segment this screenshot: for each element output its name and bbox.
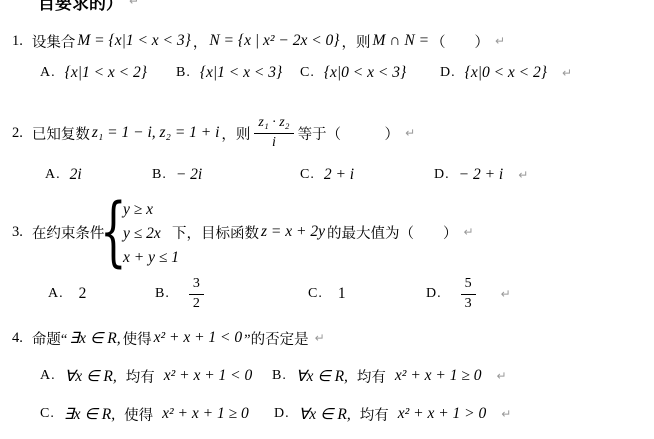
question-4-text2: 使得 — [123, 328, 152, 349]
option-2a: A. 2i — [45, 162, 84, 188]
option-label: A. — [45, 167, 61, 183]
option-4d: D. ∀x ∈ R, 均有 x² + x + 1 > 0 ↵ — [274, 400, 511, 428]
option-1a: A. {x|1 < x < 2} — [40, 60, 149, 86]
math-set-m: M = {x|1 < x < 3} — [77, 32, 190, 50]
option-label: B. — [272, 368, 287, 384]
option-value: 2 — [79, 285, 87, 303]
question-2-number: 2. — [12, 125, 23, 142]
option-value: {x|1 < x < 2} — [65, 64, 147, 82]
option-label: B. — [155, 286, 170, 302]
question-1-text: 设集合 — [32, 31, 76, 52]
math-objective-function: z = x + 2y — [261, 223, 325, 241]
question-4-text: 命题“ — [32, 328, 67, 349]
question-3-number: 3. — [12, 224, 23, 241]
constraint-expression: x + y ≤ 1 — [123, 249, 179, 267]
option-2d: D. − 2 + i ↵ — [434, 162, 528, 188]
option-quantifier: ∀x ∈ R, — [296, 367, 348, 386]
option-quantifier: ∀x ∈ R, — [299, 405, 351, 424]
option-3c: C. 1 — [308, 274, 346, 314]
option-label: C. — [40, 406, 55, 422]
option-1b: B. {x|1 < x < 3} — [176, 60, 284, 86]
option-label: C. — [300, 167, 315, 183]
question-2-text3: 等于（ ） — [298, 123, 400, 144]
option-3b: B. 3 2 — [155, 274, 208, 314]
question-1-text2: ，则 — [342, 31, 371, 52]
heading-text-fragment: 目要求的） — [38, 0, 123, 14]
question-4-stem: 4. 命题“ ∃x ∈ R, 使得 x² + x + 1 < 0 ”的否定是 ↵ — [12, 326, 654, 350]
option-inequality: x² + x + 1 < 0 — [164, 367, 253, 385]
option-4b: B. ∀x ∈ R, 均有 x² + x + 1 ≥ 0 ↵ — [272, 362, 507, 390]
option-label: A. — [48, 286, 64, 302]
option-label: D. — [426, 286, 442, 302]
question-3-text2: 下，目标函数 — [172, 222, 259, 243]
option-inequality: x² + x + 1 > 0 — [398, 405, 487, 423]
math-complex-defs: z₁ = 1 − i, z₂ = 1 + i — [92, 124, 220, 142]
paragraph-mark-icon: ↵ — [463, 225, 473, 239]
fraction-denominator: i — [272, 134, 276, 151]
option-value: 2i — [70, 166, 82, 184]
answer-blank: （ ） — [431, 31, 489, 52]
option-quantifier: ∃x ∈ R, — [64, 405, 115, 424]
option-inequality: x² + x + 1 ≥ 0 — [162, 405, 249, 423]
question-2-text2: ，则 — [221, 123, 250, 144]
math-exists-statement: ∃x ∈ R, — [69, 329, 120, 348]
question-3-text: 在约束条件 — [32, 222, 105, 243]
option-value: 1 — [338, 285, 346, 303]
question-2-options: A. 2i B. − 2i C. 2 + i D. − 2 + i ↵ — [0, 162, 654, 188]
option-value: {x|0 < x < 3} — [324, 64, 406, 82]
fraction-denominator: 2 — [193, 295, 200, 312]
constraint-1: y ≥ x — [121, 199, 654, 221]
question-3-text3: 的最大值为（ ） — [327, 222, 458, 243]
option-label: C. — [308, 286, 323, 302]
fraction-denominator: 3 — [465, 295, 472, 312]
option-cn-text: 均有 — [357, 366, 386, 387]
question-1-number: 1. — [12, 33, 23, 50]
paragraph-mark-icon: ↵ — [518, 168, 528, 182]
fraction-numerator: 3 — [189, 276, 204, 294]
option-4c: C. ∃x ∈ R, 使得 x² + x + 1 ≥ 0 — [40, 400, 251, 428]
paragraph-mark-icon: ↵ — [501, 287, 511, 301]
paragraph-mark-icon: ↵ — [405, 126, 415, 140]
option-value: 2 + i — [324, 166, 354, 184]
question-2-text: 已知复数 — [32, 123, 90, 144]
exam-document: 目要求的） ↵ 1. 设集合 M = {x|1 < x < 3} ， N = {… — [0, 0, 654, 439]
paragraph-mark-icon: ↵ — [315, 331, 325, 345]
option-1c: C. {x|0 < x < 3} — [300, 60, 408, 86]
option-label: D. — [434, 167, 450, 183]
option-value: {x|0 < x < 2} — [465, 64, 547, 82]
question-1-options: A. {x|1 < x < 2} B. {x|1 < x < 3} C. {x|… — [0, 60, 654, 86]
question-3-continuation: 下，目标函数 z = x + 2y 的最大值为（ ） ↵ — [172, 220, 654, 244]
constraint-expression: y ≥ x — [123, 201, 153, 219]
paragraph-mark-icon: ↵ — [562, 66, 572, 80]
paragraph-mark-icon: ↵ — [129, 0, 139, 8]
paragraph-mark-icon: ↵ — [501, 407, 511, 421]
option-label: A. — [40, 368, 56, 384]
option-4a: A. ∀x ∈ R, 均有 x² + x + 1 < 0 — [40, 362, 254, 390]
fraction-three-halves: 3 2 — [189, 276, 204, 311]
option-label: A. — [40, 65, 56, 81]
option-label: D. — [274, 406, 290, 422]
fraction-numerator: z₁ · z₂ — [254, 115, 293, 133]
question-4-number: 4. — [12, 330, 23, 347]
question-4-options-row2: C. ∃x ∈ R, 使得 x² + x + 1 ≥ 0 D. ∀x ∈ R, … — [0, 400, 654, 428]
constraint-expression: y ≤ 2x — [123, 225, 161, 243]
question-2-stem: 2. 已知复数 z₁ = 1 − i, z₂ = 1 + i ，则 z₁ · z… — [12, 111, 654, 155]
fraction-numerator: 5 — [461, 276, 476, 294]
option-value: − 2 + i — [459, 166, 504, 184]
option-cn-text: 均有 — [126, 366, 155, 387]
option-quantifier: ∀x ∈ R, — [65, 367, 117, 386]
math-intersection: M ∩ N = — [373, 32, 430, 50]
option-1d: D. {x|0 < x < 2} ↵ — [440, 60, 572, 86]
option-2c: C. 2 + i — [300, 162, 356, 188]
option-cn-text: 均有 — [360, 404, 389, 425]
math-inequality: x² + x + 1 < 0 — [154, 329, 243, 347]
fraction-five-thirds: 5 3 — [461, 276, 476, 311]
question-1-stem: 1. 设集合 M = {x|1 < x < 3} ， N = {x | x² −… — [12, 29, 654, 53]
option-inequality: x² + x + 1 ≥ 0 — [395, 367, 482, 385]
option-label: B. — [152, 167, 167, 183]
fraction-z1z2-over-i: z₁ · z₂ i — [254, 115, 293, 150]
option-3d: D. 5 3 ↵ — [426, 274, 511, 314]
question-4-text3: ”的否定是 — [244, 328, 308, 349]
question-4-options-row1: A. ∀x ∈ R, 均有 x² + x + 1 < 0 B. ∀x ∈ R, … — [0, 362, 654, 390]
option-label: D. — [440, 65, 456, 81]
option-label: B. — [176, 65, 191, 81]
option-3a: A. 2 — [48, 274, 86, 314]
option-2b: B. − 2i — [152, 162, 204, 188]
option-cn-text: 使得 — [124, 404, 153, 425]
question-3-options: A. 2 B. 3 2 C. 1 D. 5 3 ↵ — [0, 274, 654, 314]
math-set-n: N = {x | x² − 2x < 0} — [209, 32, 339, 50]
paragraph-mark-icon: ↵ — [497, 369, 507, 383]
option-value: − 2i — [176, 166, 202, 184]
page-heading-cutoff: 目要求的） ↵ — [38, 0, 638, 12]
paragraph-mark-icon: ↵ — [495, 34, 505, 48]
constraint-3: x + y ≤ 1 — [121, 247, 654, 269]
option-value: {x|1 < x < 3} — [200, 64, 282, 82]
option-label: C. — [300, 65, 315, 81]
comma: ， — [193, 31, 208, 52]
